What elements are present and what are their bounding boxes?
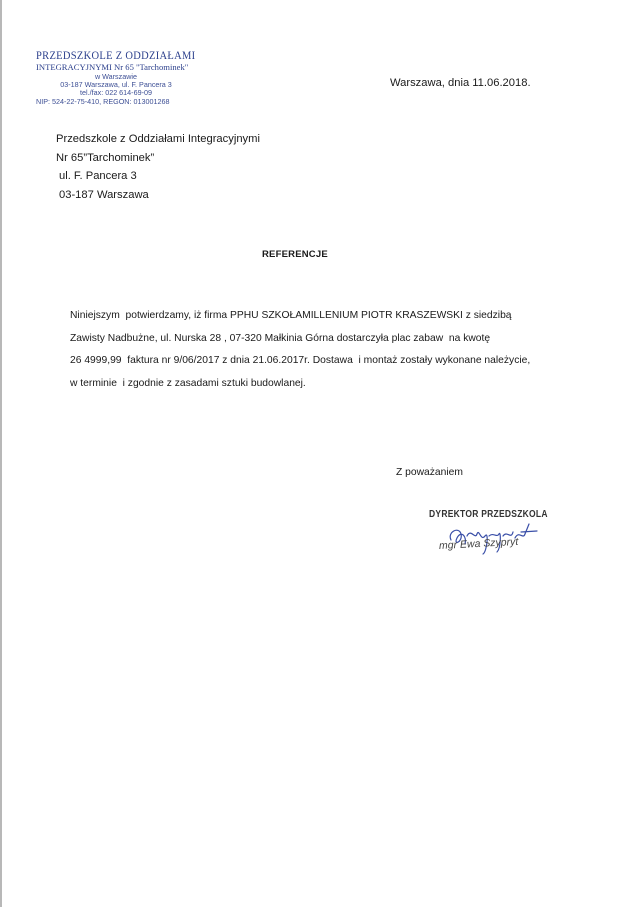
- page-edge: [0, 0, 2, 907]
- document-body: Niniejszym potwierdzamy, iż firma PPHU S…: [70, 305, 530, 395]
- recipient-line: 03-187 Warszawa: [56, 186, 260, 205]
- recipient-line: Nr 65”Tarchominek”: [56, 149, 260, 168]
- document-title: REFERENCJE: [262, 249, 328, 260]
- document-date: Warszawa, dnia 11.06.2018.: [390, 77, 531, 89]
- recipient-line: Przedszkole z Oddziałami Integracyjnymi: [56, 130, 260, 149]
- stamp-line-1: PRZEDSZKOLE Z ODDZIAŁAMI: [36, 52, 196, 63]
- body-line: Niniejszym potwierdzamy, iż firma PPHU S…: [70, 305, 530, 328]
- closing-salutation: Z poważaniem: [396, 467, 463, 478]
- body-line: 26 4999,99 faktura nr 9/06/2017 z dnia 2…: [70, 350, 530, 373]
- institution-stamp: PRZEDSZKOLE Z ODDZIAŁAMI INTEGRACYJNYMI …: [36, 52, 196, 106]
- recipient-address: Przedszkole z Oddziałami Integracyjnymi …: [56, 130, 260, 204]
- stamp-line-6: NIP: 524-22-75-410, REGON: 013001268: [36, 97, 196, 106]
- stamp-line-5: tel./fax: 022 614-69-09: [36, 89, 196, 97]
- body-line: Zawisty Nadbużne, ul. Nurska 28 , 07-320…: [70, 328, 530, 351]
- body-line: w terminie i zgodnie z zasadami sztuki b…: [70, 373, 530, 396]
- recipient-line: ul. F. Pancera 3: [56, 167, 260, 186]
